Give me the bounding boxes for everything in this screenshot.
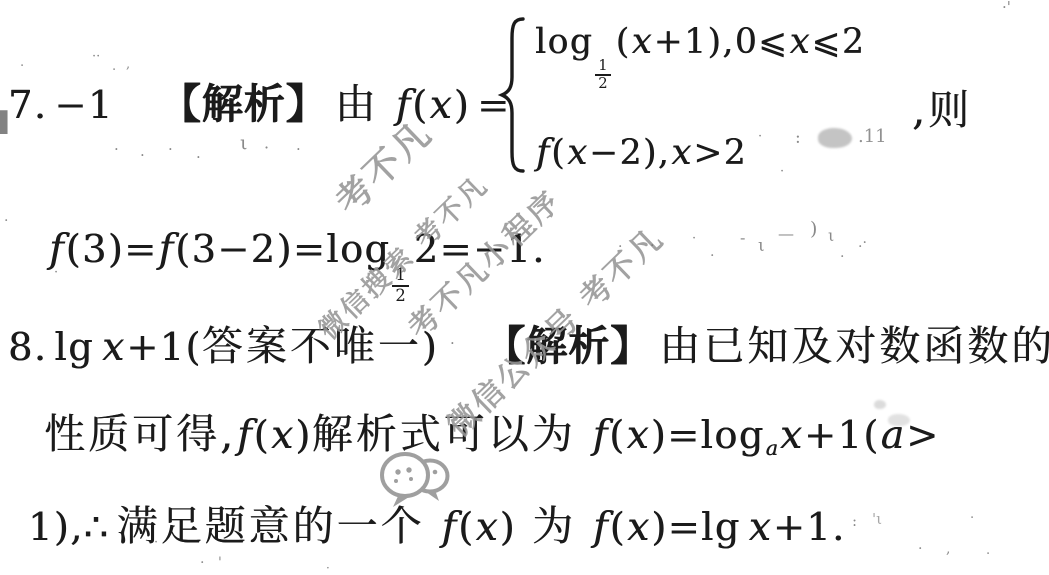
- text-segment: ): [454, 83, 470, 128]
- text-segment: x: [474, 504, 499, 550]
- scan-artifact: ·: [450, 336, 455, 351]
- problem-8-number: 8.: [8, 325, 47, 370]
- text-segment: +1(: [804, 413, 880, 458]
- problem-7-number: 7.: [8, 83, 47, 128]
- text-segment: f: [236, 412, 254, 458]
- scan-artifact: .: [140, 144, 145, 159]
- text-segment: x: [748, 504, 773, 550]
- text-segment: (3)=: [66, 227, 158, 272]
- scan-artifact: ·': [1002, 0, 1011, 15]
- scan-artifact: —: [778, 226, 794, 242]
- text-segment: (: [458, 505, 474, 550]
- scan-artifact: ,: [126, 58, 130, 71]
- watermark-kaobufan-top: 考不凡: [329, 113, 441, 223]
- scan-artifact: 'ι: [872, 512, 882, 527]
- text-segment: x: [626, 412, 651, 458]
- text-segment: )=lg: [651, 505, 740, 550]
- text-segment: f: [592, 504, 610, 550]
- scanned-answer-page: 7.−1【解析】由f(x)= log12(x+1),0⩽x⩽2 f(x−2),x…: [0, 0, 1049, 575]
- text-segment: x: [566, 133, 589, 174]
- scan-smudge: [874, 400, 886, 409]
- scan-smudge: [888, 414, 910, 426]
- text-segment: (: [551, 134, 566, 174]
- scan-artifact: ·: [296, 142, 301, 157]
- text-segment: +1(: [126, 325, 202, 370]
- then-text: ,则: [912, 86, 972, 134]
- text-segment: x: [788, 22, 811, 63]
- text-segment: ): [500, 505, 516, 550]
- scan-artifact: :: [852, 514, 857, 529]
- scan-artifact: .: [840, 246, 844, 260]
- text-segment: x: [779, 412, 804, 458]
- scan-artifact: .11: [858, 128, 887, 146]
- scan-artifact: ι: [828, 228, 834, 244]
- piecewise-case-2: f(x−2),x>2: [535, 131, 865, 174]
- scan-artifact: ·: [168, 142, 173, 157]
- text-segment: f: [592, 412, 610, 458]
- text-segment: log: [535, 23, 593, 63]
- scan-smudge: [818, 128, 852, 148]
- scan-artifact: .: [112, 60, 116, 73]
- scan-artifact: .: [970, 508, 974, 521]
- scan-artifact: ·: [4, 214, 8, 228]
- text-segment: x: [670, 133, 693, 174]
- scan-artifact: ·: [758, 130, 762, 143]
- scan-artifact: .: [196, 146, 201, 161]
- piecewise-function: log12(x+1),0⩽x⩽2 f(x−2),x>2: [497, 16, 865, 174]
- text-segment: (: [616, 23, 631, 63]
- scan-artifact: ι: [240, 134, 247, 153]
- text-segment: x: [270, 412, 295, 458]
- scan-artifact: ': [218, 556, 222, 570]
- text-segment: a: [765, 436, 779, 460]
- scan-artifact: ,: [946, 542, 950, 556]
- text-segment: >2: [693, 134, 747, 174]
- scan-artifact: ·: [326, 562, 330, 574]
- answer-note: 答案不唯一: [202, 322, 422, 370]
- text-segment: >: [906, 413, 939, 458]
- scan-artifact: ·: [618, 240, 622, 254]
- scan-artifact: ): [810, 220, 817, 239]
- text-segment: 性质可得,: [44, 410, 236, 458]
- text-segment: x: [626, 504, 651, 550]
- text-segment: +1.: [773, 505, 846, 550]
- scan-artifact: -: [740, 230, 745, 246]
- wechat-icon: [378, 448, 454, 512]
- scan-artifact: .: [650, 235, 654, 249]
- text-segment: +1),0⩽: [654, 23, 789, 63]
- text-segment: ): [295, 413, 311, 458]
- text-segment: x: [631, 22, 654, 63]
- scan-artifact: ·: [114, 142, 119, 157]
- scan-artifact: ·: [780, 165, 784, 178]
- problem-7-answer: −1: [54, 83, 113, 128]
- text-segment: f: [158, 226, 176, 272]
- text-segment: (3−2)=: [175, 227, 326, 272]
- text-segment: −2),: [589, 134, 670, 174]
- scan-artifact: ·: [154, 536, 158, 549]
- scan-artifact: ·: [264, 140, 269, 156]
- piecewise-case-1: log12(x+1),0⩽x⩽2: [535, 20, 865, 92]
- scan-artifact: ·: [54, 266, 58, 279]
- scan-artifact: .: [200, 552, 204, 566]
- text-segment: 为: [532, 502, 576, 550]
- text-segment: 12: [595, 59, 610, 93]
- piecewise-cases: log12(x+1),0⩽x⩽2 f(x−2),x>2: [535, 16, 865, 174]
- scan-artifact: .: [986, 544, 990, 557]
- text-segment: 由已知及对数函数的: [659, 322, 1049, 370]
- scan-artifact: .: [710, 245, 714, 259]
- scan-artifact: █: [0, 112, 7, 132]
- scan-artifact: .·: [858, 236, 867, 250]
- scan-artifact: ··: [92, 50, 100, 63]
- text-segment: x: [101, 324, 126, 370]
- text-segment: (: [254, 413, 270, 458]
- then-connector: ,则: [912, 86, 972, 134]
- scan-artifact: .: [20, 56, 24, 69]
- text-segment: f: [535, 133, 551, 174]
- problem-7-line-1: 7.−1【解析】由f(x)=: [8, 80, 518, 128]
- scan-artifact: :: [795, 130, 801, 147]
- scan-artifact: .: [918, 538, 922, 552]
- left-brace: [497, 16, 527, 174]
- scan-artifact: ι: [758, 238, 765, 255]
- text-segment: 由: [335, 80, 379, 128]
- text-segment: (: [609, 413, 625, 458]
- text-segment: (: [610, 505, 626, 550]
- problem-8-answer: lg: [54, 325, 94, 370]
- analysis-tag-7: 【解析】: [160, 80, 328, 128]
- scan-artifact: ·: [692, 232, 696, 245]
- text-segment: x: [429, 82, 454, 128]
- text-segment: 1),∴: [28, 505, 110, 550]
- text-segment: ⩽2: [811, 23, 865, 63]
- text-segment: )=log: [651, 413, 765, 458]
